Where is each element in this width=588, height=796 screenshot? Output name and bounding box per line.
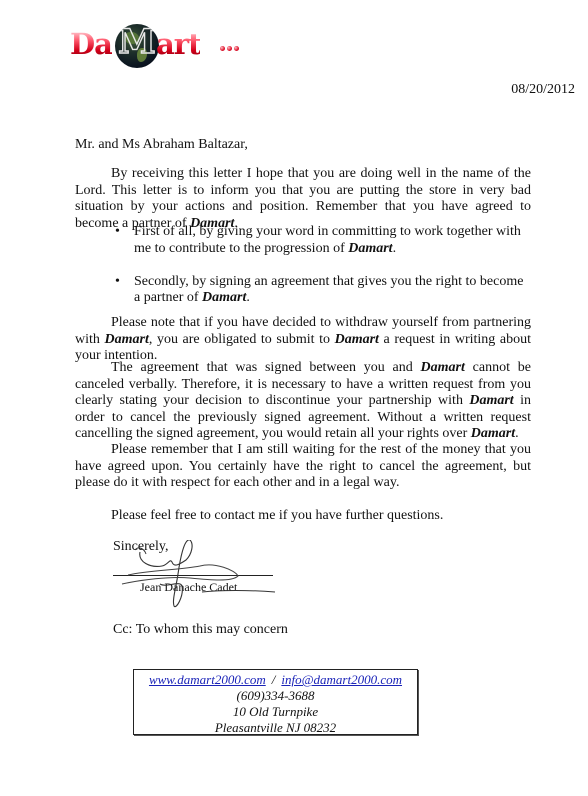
paragraph-payment: Please remember that I am still waiting … [75,442,531,492]
list-item: •First of all, by giving your word in co… [112,224,532,257]
logo-text-da: Da [70,30,112,59]
paragraph-text: By receiving this letter I hope that you… [75,166,531,231]
link-separator: / [272,672,276,687]
paragraph-agreement: The agreement that was signed between yo… [75,360,531,443]
globe-icon: M [115,24,159,68]
list-item: •Secondly, by signing an agreement that … [112,274,532,307]
paragraph-text: Please feel free to contact me if you ha… [111,508,443,523]
brand-name: Damart [469,393,513,408]
logo-letter-m: M [115,25,159,59]
paragraph-withdraw: Please note that if you have decided to … [75,315,531,365]
website-link[interactable]: www.damart2000.com [149,672,266,687]
letter-date: 08/20/2012 [511,82,575,98]
city-state-zip: Pleasantville NJ 08232 [134,720,417,736]
paragraph-text: The agreement that was signed between yo… [111,360,421,375]
brand-name: Damart [202,290,246,305]
list-item-text: First of all, by giving your word in com… [134,224,521,256]
logo-text-art: art [156,30,200,59]
brand-name: Damart [348,241,392,256]
list-item-text: . [393,241,397,256]
street-address: 10 Old Turnpike [134,704,417,720]
paragraph-text: Please remember that I am still waiting … [75,442,531,490]
brand-name: Damart [335,332,379,347]
handwritten-signature [110,540,285,610]
paragraph-text: . [515,426,519,441]
bullet-list: •First of all, by giving your word in co… [112,224,532,323]
email-link[interactable]: info@damart2000.com [281,672,402,687]
cc-line: Cc: To whom this may concern [113,622,288,638]
paragraph-contact: Please feel free to contact me if you ha… [75,508,531,525]
contact-links-row: www.damart2000.com/info@damart2000.com [134,672,417,688]
brand-name: Damart [421,360,465,375]
bullet-icon: • [115,224,120,241]
phone-number: (609)334-3688 [134,688,417,704]
company-logo: Da M art [70,24,240,68]
paragraph-intro: By receiving this letter I hope that you… [75,166,531,232]
brand-name: Damart [471,426,515,441]
logo-ellipsis [220,46,239,51]
contact-info-box: www.damart2000.com/info@damart2000.com (… [133,669,418,735]
paragraph-text: , you are obligated to submit to [149,332,335,347]
list-item-text: . [246,290,250,305]
brand-name: Damart [105,332,149,347]
bullet-icon: • [115,274,120,291]
salutation: Mr. and Ms Abraham Baltazar, [75,137,248,153]
list-item-text: Secondly, by signing an agreement that g… [134,274,523,306]
